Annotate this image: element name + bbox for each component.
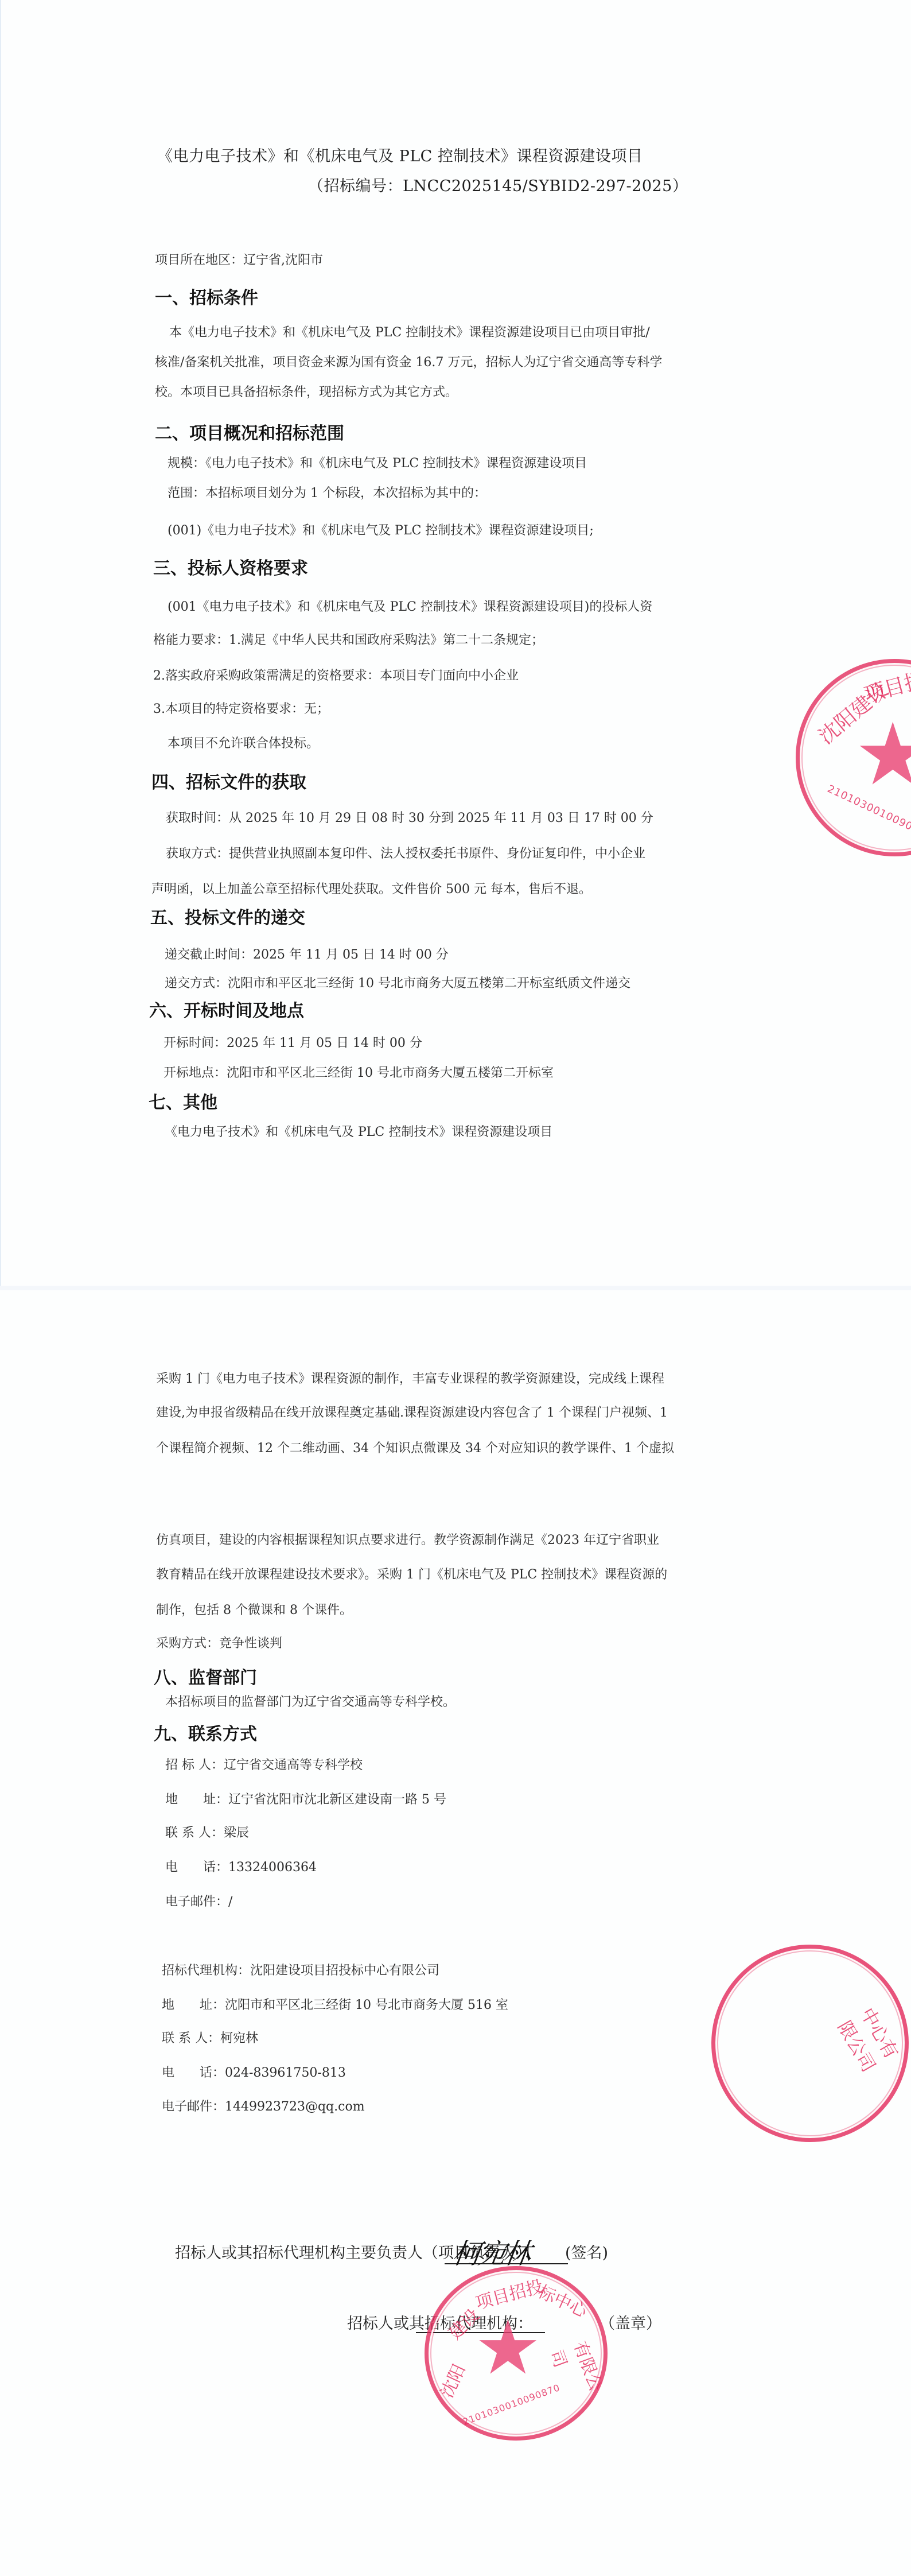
submission-deadline: 递交截止时间：2025 年 11 月 05 日 14 时 00 分 xyxy=(165,945,449,963)
section-3-line: 3.本项目的特定资格要求：无； xyxy=(153,699,329,717)
section-3-line: 2.落实政府采购政策需满足的资格要求：本项目专门面向中小企业 xyxy=(153,666,519,684)
section-heading-9: 九、联系方式 xyxy=(154,1720,257,1745)
section-7-cont-line: 个课程简介视频、12 个二维动画、34 个知识点微课及 34 个对应知识的教学课… xyxy=(156,1438,674,1456)
tenderer-phone: 电 话：13324006364 xyxy=(165,1857,317,1875)
tenderer-email: 电子邮件：/ xyxy=(165,1892,232,1910)
stamp-text: 中心有限公司 xyxy=(832,2002,911,2086)
document-page-2: 采购 1 门《电力电子技术》课程资源的制作，丰富专业课程的教学资源建设，完成线上… xyxy=(0,1290,911,2576)
section-heading-4: 四、招标文件的获取 xyxy=(151,768,306,793)
acquire-time: 获取时间：从 2025 年 10 月 29 日 08 时 30 分到 2025 … xyxy=(166,808,653,826)
company-seal-stamp-edge: 中心有限公司 xyxy=(711,1945,909,2142)
acquire-method: 获取方式：提供营业执照副本复印件、法人授权委托书原件、身份证复印件，中小企业 xyxy=(166,844,645,862)
opening-place: 开标地点：沈阳市和平区北三经街 10 号北市商务大厦五楼第二开标室 xyxy=(163,1063,554,1081)
tenderer-name: 招 标 人：辽宁省交通高等专科学校 xyxy=(165,1755,363,1773)
section-heading-2: 二、项目概况和招标范围 xyxy=(155,419,344,444)
sign-suffix: (签名) xyxy=(565,2240,608,2263)
project-lot: (001)《电力电子技术》和《机床电气及 PLC 控制技术》课程资源建设项目; xyxy=(168,521,594,538)
acquire-method: 声明函，以上加盖公章至招标代理处获取。文件售价 500 元 每本，售后不退。 xyxy=(151,879,591,897)
stamp-text: 项目招投 xyxy=(861,658,911,708)
project-scale: 规模：《电力电子技术》和《机床电气及 PLC 控制技术》课程资源建设项目 xyxy=(168,453,587,471)
section-3-line: 格能力要求：1.满足《中华人民共和国政府采购法》第二十二条规定； xyxy=(153,630,544,648)
agency-email: 电子邮件：1449923723@qq.com xyxy=(162,2097,365,2115)
procurement-method: 采购方式：竞争性谈判 xyxy=(156,1634,282,1651)
company-seal-stamp: 沈阳 建设 项目招投 标中心 有限公司 ★ 2101030010090870 xyxy=(425,2266,608,2441)
agency-address: 地 址：沈阳市和平区北三经街 10 号北市商务大厦 516 室 xyxy=(162,1995,508,2013)
stamp-text: 标中心 xyxy=(535,2278,592,2322)
section-3-line: 本项目不允许联合体投标。 xyxy=(168,734,319,751)
agency-name: 招标代理机构：沈阳建设项目招投标中心有限公司 xyxy=(162,1961,439,1978)
section-heading-3: 三、投标人资格要求 xyxy=(153,554,308,579)
section-3-line: (001《电力电子技术》和《机床电气及 PLC 控制技术》课程资源建设项目)的投… xyxy=(168,597,652,615)
document-page-1: 《电力电子技术》和《机床电气及 PLC 控制技术》课程资源建设项目 （招标编号：… xyxy=(0,0,911,1286)
section-heading-1: 一、招标条件 xyxy=(155,284,258,309)
section-heading-8: 八、监督部门 xyxy=(154,1663,257,1689)
section-7-cont-line: 教育精品在线开放课程建设技术要求》。采购 1 门《机床电气及 PLC 控制技术》… xyxy=(156,1565,667,1582)
section-1-line: 本《电力电子技术》和《机床电气及 PLC 控制技术》课程资源建设项目已由项目审批… xyxy=(169,323,650,340)
stamp-text: 沈阳 xyxy=(433,2360,470,2402)
project-region: 项目所在地区：辽宁省,沈阳市 xyxy=(155,250,323,268)
seal-suffix: （盖章） xyxy=(599,2311,661,2333)
section-1-line: 校。本项目已具备招标条件，现招标方式为其它方式。 xyxy=(155,382,458,400)
section-heading-5: 五、投标文件的递交 xyxy=(150,903,305,929)
tender-number: （招标编号：LNCC2025145/SYBID2-297-2025） xyxy=(308,173,688,196)
supervision-line: 本招标项目的监督部门为辽宁省交通高等专科学校。 xyxy=(165,1692,455,1710)
opening-time: 开标时间：2025 年 11 月 05 日 14 时 00 分 xyxy=(163,1033,422,1051)
tenderer-address: 地 址：辽宁省沈阳市沈北新区建设南一路 5 号 xyxy=(165,1790,446,1807)
section-7-line: 《电力电子技术》和《机床电气及 PLC 控制技术》课程资源建设项目 xyxy=(165,1122,552,1140)
section-7-cont-line: 仿真项目，建设的内容根据课程知识点要求进行。教学资源制作满足《2023 年辽宁省… xyxy=(156,1530,659,1548)
section-heading-6: 六、开标时间及地点 xyxy=(149,996,304,1022)
company-seal-stamp: 沈阳建设 项目招投 ★ 2101030010090870 xyxy=(796,659,911,856)
document-title: 《电力电子技术》和《机床电气及 PLC 控制技术》课程资源建设项目 xyxy=(157,143,643,166)
agency-phone: 电 话：024-83961750-813 xyxy=(162,2063,346,2081)
star-icon: ★ xyxy=(854,712,911,798)
section-1-line: 核准/备案机关批准，项目资金来源为国有资金 16.7 万元，招标人为辽宁省交通高… xyxy=(155,352,662,370)
agency-contact: 联 系 人：柯宛林 xyxy=(162,2028,258,2046)
project-scope: 范围：本招标项目划分为 1 个标段，本次招标为其中的： xyxy=(168,483,486,501)
section-7-cont-line: 采购 1 门《电力电子技术》课程资源的制作，丰富专业课程的教学资源建设，完成线上… xyxy=(156,1369,664,1387)
section-7-cont-line: 建设,为申报省级精品在线开放课程奠定基础.课程资源建设内容包含了 1 个课程门户… xyxy=(156,1403,668,1421)
star-icon: ★ xyxy=(474,2310,542,2385)
tenderer-contact: 联 系 人：梁辰 xyxy=(165,1823,249,1841)
section-heading-7: 七、其他 xyxy=(149,1088,217,1114)
submission-method: 递交方式：沈阳市和平区北三经街 10 号北市商务大厦五楼第二开标室纸质文件递交 xyxy=(165,973,630,991)
handwritten-signature: 柯宛林 xyxy=(450,2232,532,2271)
section-7-cont-line: 制作，包括 8 个微课和 8 个课件。 xyxy=(156,1600,352,1618)
